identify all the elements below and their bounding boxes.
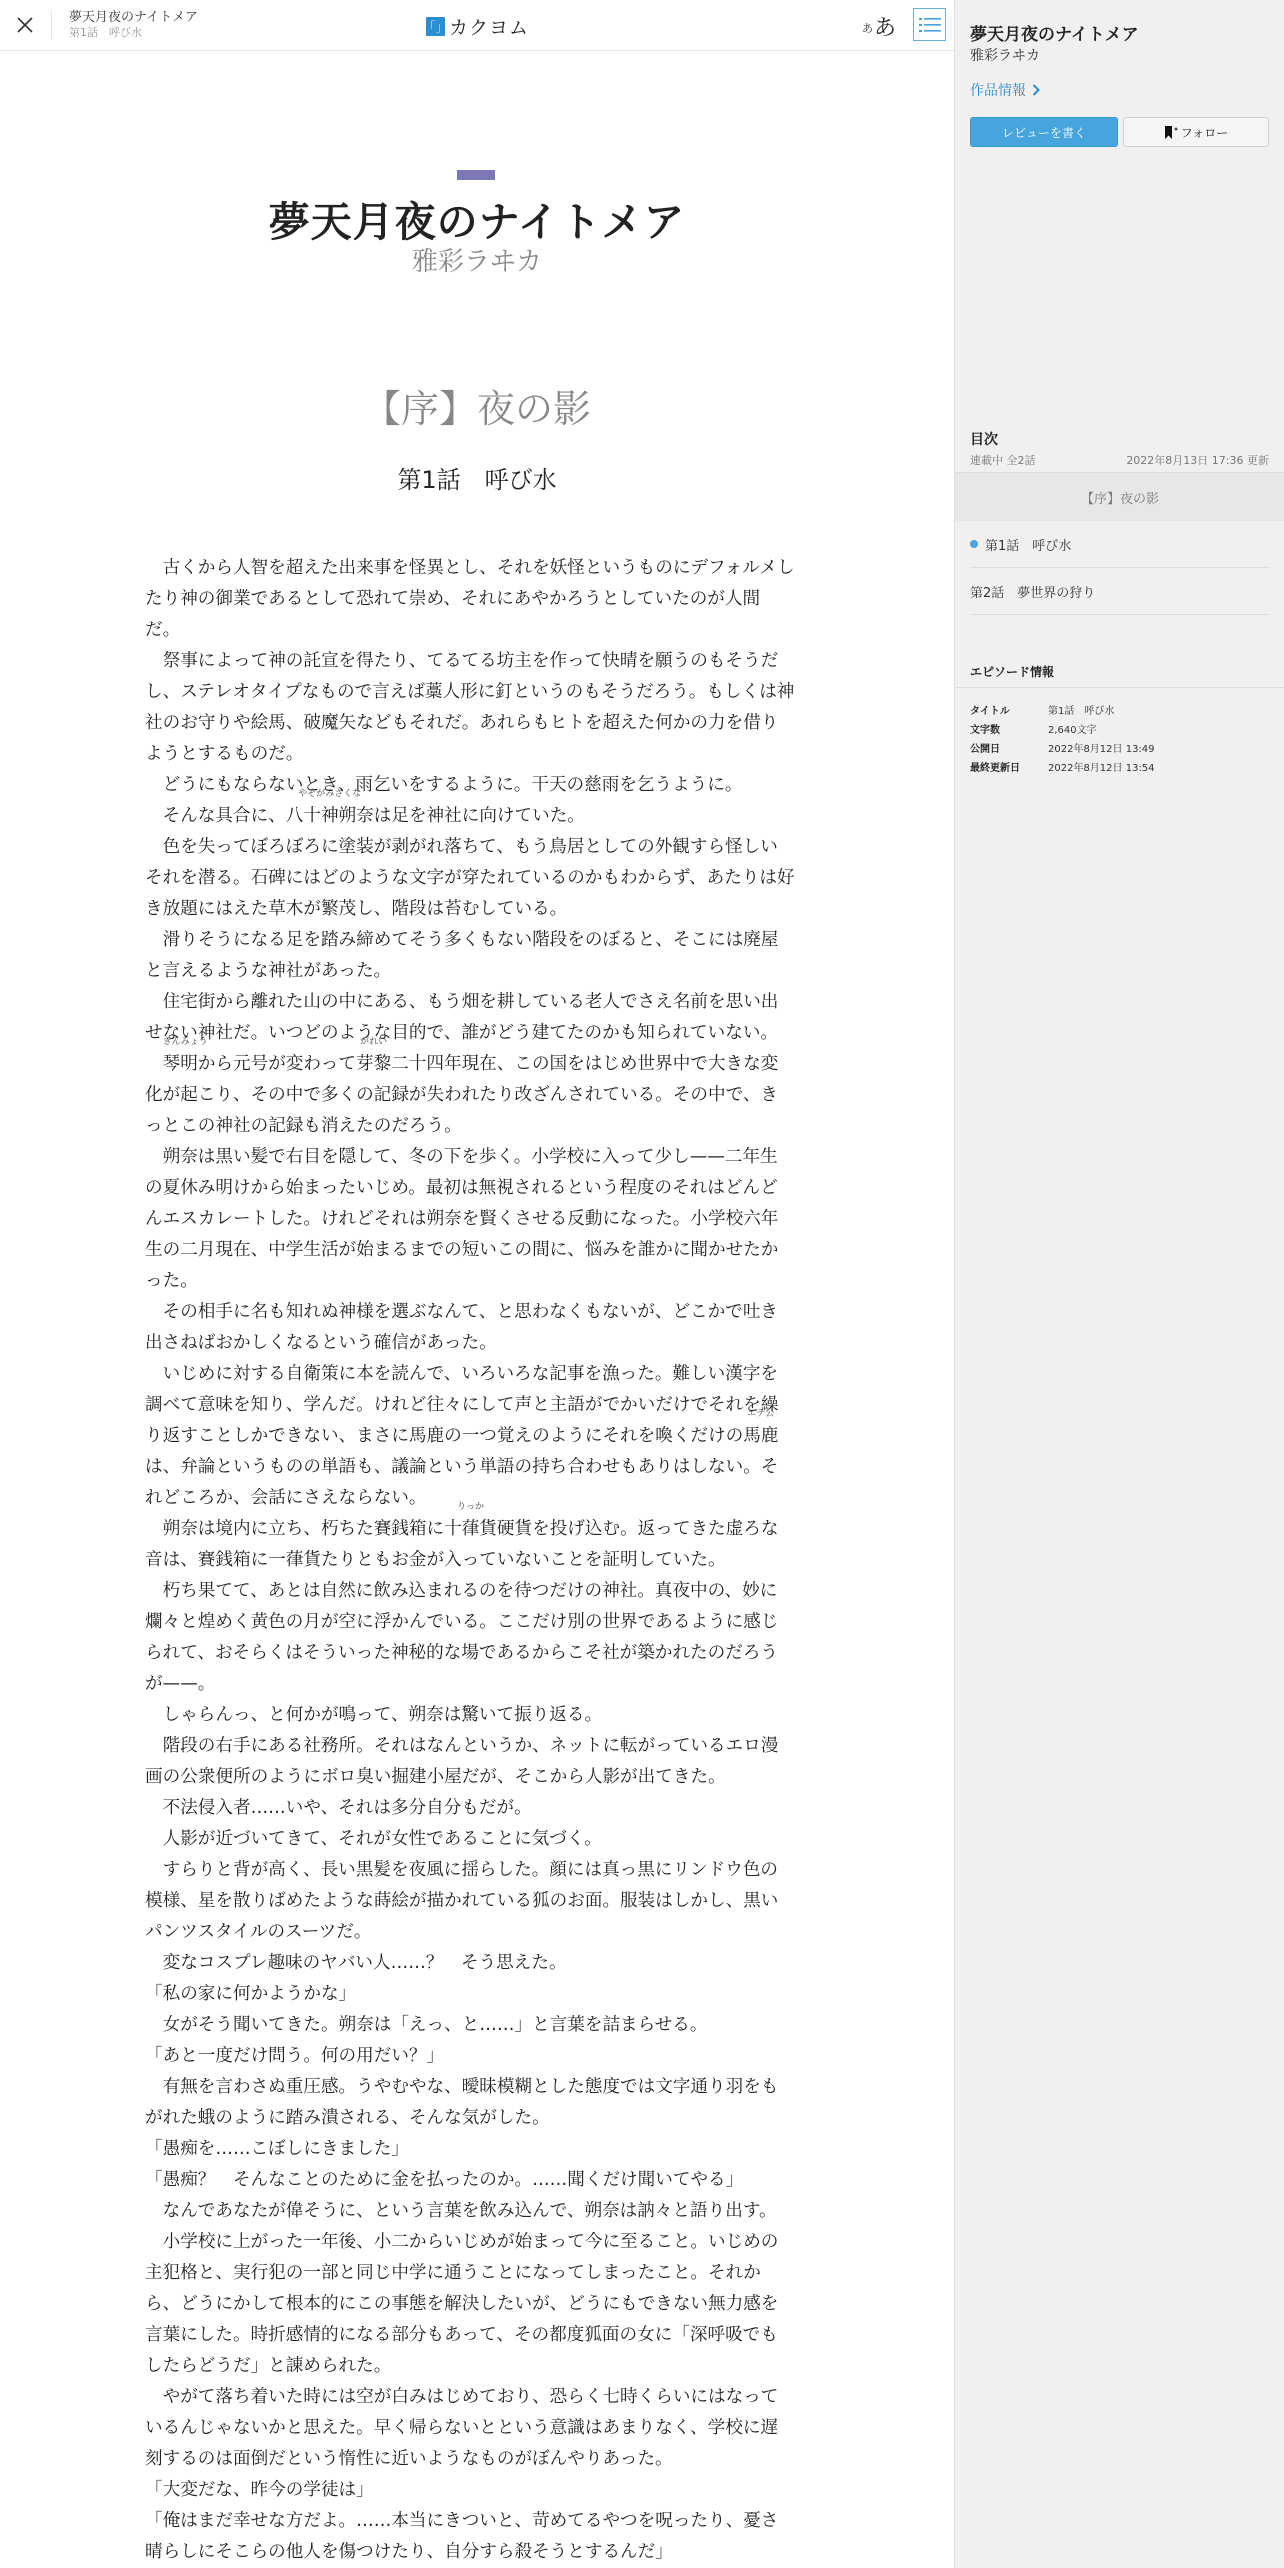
info-key: タイトル [970, 702, 1048, 717]
logo-text: カクヨム [449, 13, 529, 40]
header-work-title[interactable]: 夢天月夜のナイトメア [69, 10, 198, 26]
paragraph: 「私の家に何かようかな」 [145, 1979, 795, 2010]
paragraph: 「あと一度だけ問う。何の用だい？」 [145, 2041, 795, 2072]
chevron-right-icon [1032, 84, 1040, 96]
toc-episode-2[interactable]: 第2話 夢世界の狩り [970, 568, 1270, 615]
ruby-bakashika: エテ公馬鹿 [743, 1421, 778, 1452]
text: は、弁論というものの単語も、議論という単語の持ち合わせもありはしない。それどころ… [145, 1457, 778, 1508]
work-title-accent-bar [457, 170, 495, 180]
sidebar-author[interactable]: 雅彩ラヰカ [970, 45, 1040, 65]
ruby-text: りっか [444, 1502, 497, 1512]
sidebar-work-title[interactable]: 夢天月夜のナイトメア [970, 20, 1139, 45]
current-episode-dot-icon [970, 540, 978, 548]
chapter-title: 【序】夜の影 [0, 378, 954, 433]
info-key: 最終更新日 [970, 759, 1048, 774]
paragraph: いじめに対する自衛策に本を読んで、いろいろな記事を漁った。難しい漢字を調べて意味… [145, 1359, 795, 1514]
paragraph: 不法侵入者……いや、それは多分自分もだが。 [145, 1793, 795, 1824]
episode-info-row: 最終更新日 2022年8月12日 13:54 [970, 757, 1155, 776]
episode-info-heading: エピソード情報 [970, 663, 1054, 680]
paragraph: 古くから人智を超えた出来事を怪異とし、それを妖怪というものにデフォルメしたり神の… [145, 553, 795, 646]
bookmark-plus-icon [1164, 126, 1178, 139]
paragraph: 朔奈は境内に立ち、朽ちた賽銭箱にりっか十葎貨硬貨を投げ込む。返ってきた虚ろな音は… [145, 1514, 795, 1576]
follow-button[interactable]: フォロー [1123, 117, 1269, 147]
episode-info-table: タイトル 第1話 呼び水 文字数 2,640文字 公開日 2022年8月12日 … [970, 700, 1155, 776]
reading-area: 夢天月夜のナイトメア 雅彩ラヰカ 【序】夜の影 第1話 呼び水 古くから人智を超… [0, 51, 954, 2568]
text: 二十四年現在、この国をはじめ世界中で大きな変 [391, 1054, 778, 1074]
toc-episode-label: 第2話 夢世界の狩り [970, 582, 1095, 601]
text: から元号が変わって [198, 1054, 356, 1074]
ruby-base: 馬鹿 [743, 1426, 778, 1446]
ruby-garei: がれい芽黎 [356, 1049, 391, 1080]
header-titles: 夢天月夜のナイトメア 第1話 呼び水 [69, 10, 198, 40]
ruby-text: きんみょう [163, 1037, 198, 1047]
paragraph: 滑りそうになる足を踏み締めてそう多くもない階段をのぼると、そこには廃屋と言えるよ… [145, 925, 795, 987]
ruby-text: エテ公 [743, 1409, 778, 1419]
toc-chapter: 【序】夜の影 [955, 473, 1284, 521]
header-episode-title: 第1話 呼び水 [69, 26, 198, 40]
paragraph: そんな具合に、やそがみさくな八十神朔奈は足を神社に向けていた。 [145, 801, 795, 832]
text: 朔奈は境内に立ち、朽ちた賽銭箱に [145, 1519, 444, 1539]
paragraph: 朽ち果てて、あとは自然に飲み込まれるのを待つだけの神社。真夜中の、妙に爛々と煌め… [145, 1576, 795, 1700]
text: そんな具合に、 [145, 806, 286, 826]
ruby-text: やそがみさくな [286, 789, 374, 799]
paragraph: きんみょう琴明から元号が変わってがれい芽黎二十四年現在、この国をはじめ世界中で大… [145, 1049, 795, 1142]
toc-episode-label: 第1話 呼び水 [985, 535, 1071, 554]
font-size-button[interactable]: あ あ [862, 8, 896, 42]
paragraph: 「愚痴？ そんなことのために金を払ったのか。……聞くだけ聞いてやる」 [145, 2165, 795, 2196]
paragraph: 女がそう聞いてきた。朔奈は「えっ、と……」と言葉を詰まらせる。 [145, 2010, 795, 2041]
paragraph: 小学校に上がった一年後、小二からいじめが始まって今に至ること。いじめの主犯格と、… [145, 2227, 795, 2382]
paragraph: 「大変だな、昨今の学徒は」 [145, 2475, 795, 2506]
paragraph: どうにもならないとき、雨乞いをするように。干天の慈雨を乞うように。 [145, 770, 795, 801]
info-key: 文字数 [970, 721, 1048, 736]
ruby-base: 芽黎 [356, 1054, 391, 1074]
close-button[interactable] [10, 10, 40, 40]
info-value: 2,640文字 [1048, 721, 1097, 736]
episode-body: 古くから人智を超えた出来事を怪異とし、それを妖怪というものにデフォルメしたり神の… [145, 553, 795, 2568]
ruby-rikka: りっか十葎貨 [444, 1514, 497, 1545]
episode-info-row: 文字数 2,640文字 [970, 719, 1155, 738]
kakuyomu-logo[interactable]: 「」 カクヨム [426, 13, 529, 40]
ruby-kinmyou: きんみょう琴明 [163, 1049, 198, 1080]
author-name[interactable]: 雅彩ラヰカ [0, 241, 954, 278]
follow-label: フォロー [1181, 124, 1228, 141]
episode-info-row: タイトル 第1話 呼び水 [970, 700, 1155, 719]
paragraph: なんであなたが偉そうに、という言葉を飲み込んで、朔奈は訥々と語り出す。 [145, 2196, 795, 2227]
ruby-yasogami: やそがみさくな八十神朔奈 [286, 801, 374, 832]
paragraph: 人影が近づいてきて、それが女性であることに気づく。 [145, 1824, 795, 1855]
toc-status: 連載中 全2話 [970, 452, 1036, 468]
list-icon [919, 17, 941, 33]
paragraph: 朔奈は黒い髪で右目を隠して、冬の下を歩く。小学校に入って少し——二年生の夏休み明… [145, 1142, 795, 1297]
close-icon [17, 17, 33, 33]
episode-title: 第1話 呼び水 [0, 460, 954, 495]
episode-info-row: 公開日 2022年8月12日 13:49 [970, 738, 1155, 757]
ruby-base: 十葎貨 [444, 1519, 497, 1539]
divider [955, 687, 1284, 688]
toc-updated: 2022年8月13日 17:36 更新 [1126, 452, 1269, 468]
paragraph: 「愚痴を……こぼしにきました」 [145, 2134, 795, 2165]
paragraph: 祭事によって神の託宣を得たり、てるてる坊主を作って快晴を願うのもそうだし、ステレ… [145, 646, 795, 770]
work-title[interactable]: 夢天月夜のナイトメア [0, 189, 954, 248]
sidebar: 夢天月夜のナイトメア 雅彩ラヰカ 作品情報 レビューを書く フォロー 目次 連載… [954, 0, 1284, 2568]
paragraph: 色を失ってぼろぼろに塗装が剥がれ落ちて、もう鳥居としての外観すら怪しいそれを潜る… [145, 832, 795, 925]
ruby-text: がれい [356, 1037, 391, 1047]
paragraph: やがて落ち着いた時には空が白みはじめており、恐らく七時くらいにはなっているんじゃ… [145, 2382, 795, 2475]
header-divider [51, 11, 52, 39]
toc-toggle-button[interactable] [913, 8, 946, 41]
ruby-base: 琴明 [163, 1054, 198, 1074]
info-value: 第1話 呼び水 [1048, 702, 1114, 717]
paragraph: 住宅街から離れた山の中にある、もう畑を耕している老人でさえ名前を思い出せない神社… [145, 987, 795, 1049]
text: いじめに対する自衛策に本を読んで、いろいろな記事を漁った。難しい漢字を調べて意味… [145, 1364, 778, 1446]
text: は足を神社に向けていた。 [374, 806, 585, 826]
paragraph: その相手に名も知れぬ神様を選ぶなんて、と思わなくもないが、どこかで吐き出さねばお… [145, 1297, 795, 1359]
toc-episode-1[interactable]: 第1話 呼び水 [970, 521, 1270, 568]
ruby-base: 八十神朔奈 [286, 806, 374, 826]
work-info-label: 作品情報 [970, 80, 1026, 100]
paragraph: 有無を言わさぬ重圧感。うやむやな、曖昧模糊とした態度では文字通り羽をもがれた蛾の… [145, 2072, 795, 2134]
toc-heading: 目次 [970, 429, 998, 449]
font-size-big-glyph: あ [874, 11, 896, 42]
work-info-link[interactable]: 作品情報 [970, 80, 1040, 100]
write-review-button[interactable]: レビューを書く [970, 117, 1118, 147]
info-key: 公開日 [970, 740, 1048, 755]
paragraph: しゃらんっ、と何かが鳴って、朔奈は驚いて振り返る。 [145, 1700, 795, 1731]
paragraph: 階段の右手にある社務所。それはなんというか、ネットに転がっているエロ漫画の公衆便… [145, 1731, 795, 1793]
logo-mark-icon: 「」 [426, 17, 445, 36]
font-size-small-glyph: あ [862, 20, 873, 36]
info-value: 2022年8月12日 13:54 [1048, 759, 1155, 774]
paragraph: すらりと背が高く、長い黒髪を夜風に揺らした。顔には真っ黒にリンドウ色の模様、星を… [145, 1855, 795, 1948]
paragraph: 「俺はまだ幸せな方だよ。……本当にきついと、苛めてるやつを呪ったり、憂さ晴らしに… [145, 2506, 795, 2568]
text: 化が起こり、その中で多くの記録が失われたり改ざんされている。その中で、きっとこの… [145, 1085, 778, 1136]
paragraph: 変なコスプレ趣味のヤバい人……？ そう思えた。 [145, 1948, 795, 1979]
reader-header: 夢天月夜のナイトメア 第1話 呼び水 「」 カクヨム あ あ [0, 0, 954, 51]
info-value: 2022年8月12日 13:49 [1048, 740, 1155, 755]
